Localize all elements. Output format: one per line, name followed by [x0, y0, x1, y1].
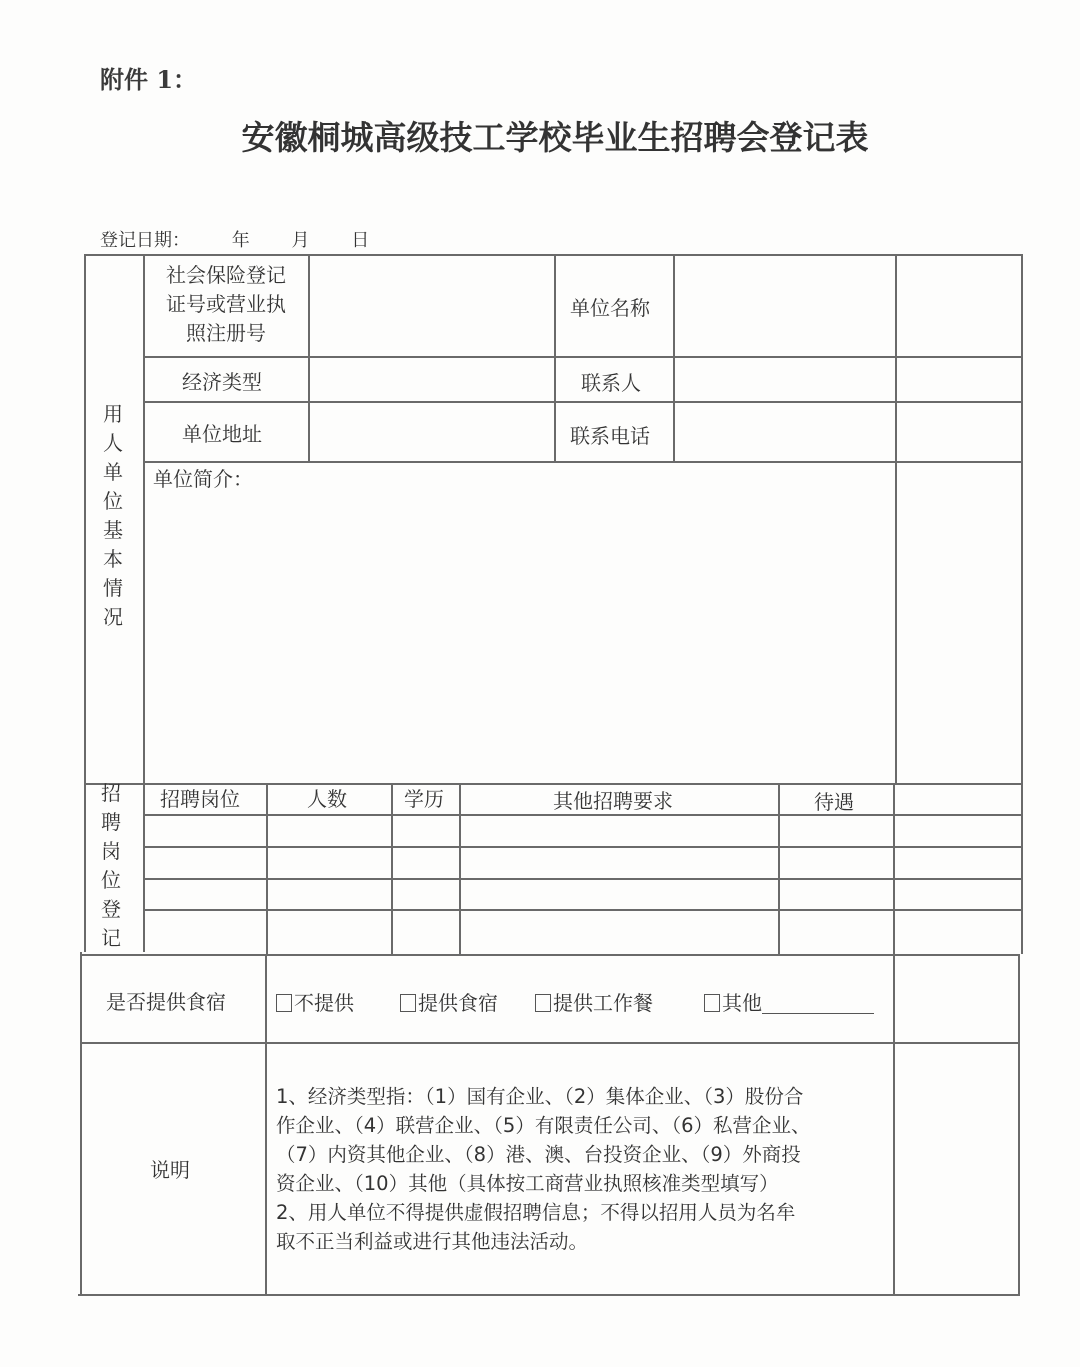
date-day: 日	[351, 230, 369, 251]
divider	[1018, 954, 1020, 1296]
column-header-count: 人数	[307, 783, 347, 812]
row4-education[interactable]	[393, 911, 458, 953]
row4-benefits[interactable]	[780, 911, 892, 953]
row4-other-requirements[interactable]	[461, 911, 777, 953]
contact-person-input[interactable]	[675, 358, 895, 401]
checkbox[interactable]	[400, 994, 416, 1012]
unit-name-input[interactable]	[675, 256, 895, 356]
column-header-other-requirements: 其他招聘要求	[553, 785, 673, 814]
unit-name-label: 单位名称	[570, 292, 650, 321]
notes-content: 1、经济类型指：（1）国有企业、（2）集体企业、（3）股份合 作企业、（4）联营…	[276, 1082, 876, 1256]
row1-position[interactable]	[145, 816, 265, 846]
registration-date: 登记日期： 年 月 日	[100, 226, 405, 252]
divider	[80, 1042, 1020, 1044]
employer-section-label: 用人单位基本情况	[102, 400, 124, 632]
divider	[1021, 254, 1023, 954]
divider	[143, 461, 1022, 463]
row1-benefits[interactable]	[780, 816, 892, 846]
unit-address-input[interactable]	[310, 403, 554, 461]
row3-count[interactable]	[268, 880, 390, 909]
column-header-education: 学历	[404, 783, 444, 812]
row2-benefits[interactable]	[780, 848, 892, 878]
date-label: 登记日期：	[100, 230, 190, 251]
unit-intro-label: 单位简介：	[153, 463, 253, 492]
accommodation-label: 是否提供食宿	[106, 986, 226, 1015]
row3-other-requirements[interactable]	[461, 880, 777, 909]
divider	[893, 784, 895, 1296]
notes-label: 说明	[150, 1154, 190, 1183]
divider	[265, 954, 267, 1296]
divider	[80, 954, 1020, 956]
divider	[895, 254, 897, 784]
economic-type-label: 经济类型	[182, 366, 262, 395]
unit-address-label: 单位地址	[182, 418, 262, 447]
checkbox[interactable]	[276, 994, 292, 1012]
divider	[84, 254, 86, 952]
checkbox[interactable]	[535, 994, 551, 1012]
row3-position[interactable]	[145, 880, 265, 909]
row3-education[interactable]	[393, 880, 458, 909]
row4-count[interactable]	[268, 911, 390, 953]
economic-type-input[interactable]	[310, 358, 554, 401]
attachment-label: 附件 1：	[100, 60, 197, 95]
unit-intro-input[interactable]	[145, 490, 893, 780]
divider	[78, 1294, 1020, 1296]
form-title: 安徽桐城高级技工学校毕业生招聘会登记表	[0, 112, 1080, 159]
contact-person-label: 联系人	[581, 367, 641, 396]
row1-other-requirements[interactable]	[461, 816, 777, 846]
date-month: 月	[291, 230, 309, 251]
checkbox[interactable]	[704, 994, 720, 1012]
row2-count[interactable]	[268, 848, 390, 878]
contact-phone-input[interactable]	[675, 403, 895, 461]
option-other[interactable]: 其他	[704, 987, 874, 1016]
contact-phone-label: 联系电话	[570, 420, 650, 449]
other-fill-blank[interactable]	[762, 995, 874, 1014]
row1-count[interactable]	[268, 816, 390, 846]
divider	[80, 952, 82, 1294]
column-header-benefits: 待遇	[814, 786, 854, 815]
divider	[554, 254, 556, 461]
social-security-input[interactable]	[310, 256, 554, 356]
column-header-position: 招聘岗位	[160, 783, 240, 812]
social-security-label: 社会保险登记 证号或营业执 照注册号	[150, 261, 302, 348]
date-year: 年	[232, 230, 250, 251]
row2-position[interactable]	[145, 848, 265, 878]
option-provide-room-board[interactable]: 提供食宿	[400, 987, 498, 1016]
row1-education[interactable]	[393, 816, 458, 846]
row3-benefits[interactable]	[780, 880, 892, 909]
option-provide-work-meal[interactable]: 提供工作餐	[535, 987, 653, 1016]
row2-other-requirements[interactable]	[461, 848, 777, 878]
option-no-accommodation[interactable]: 不提供	[276, 987, 354, 1016]
recruitment-section-label: 招聘岗位登记	[100, 779, 122, 953]
row4-position[interactable]	[145, 911, 265, 953]
row2-education[interactable]	[393, 848, 458, 878]
